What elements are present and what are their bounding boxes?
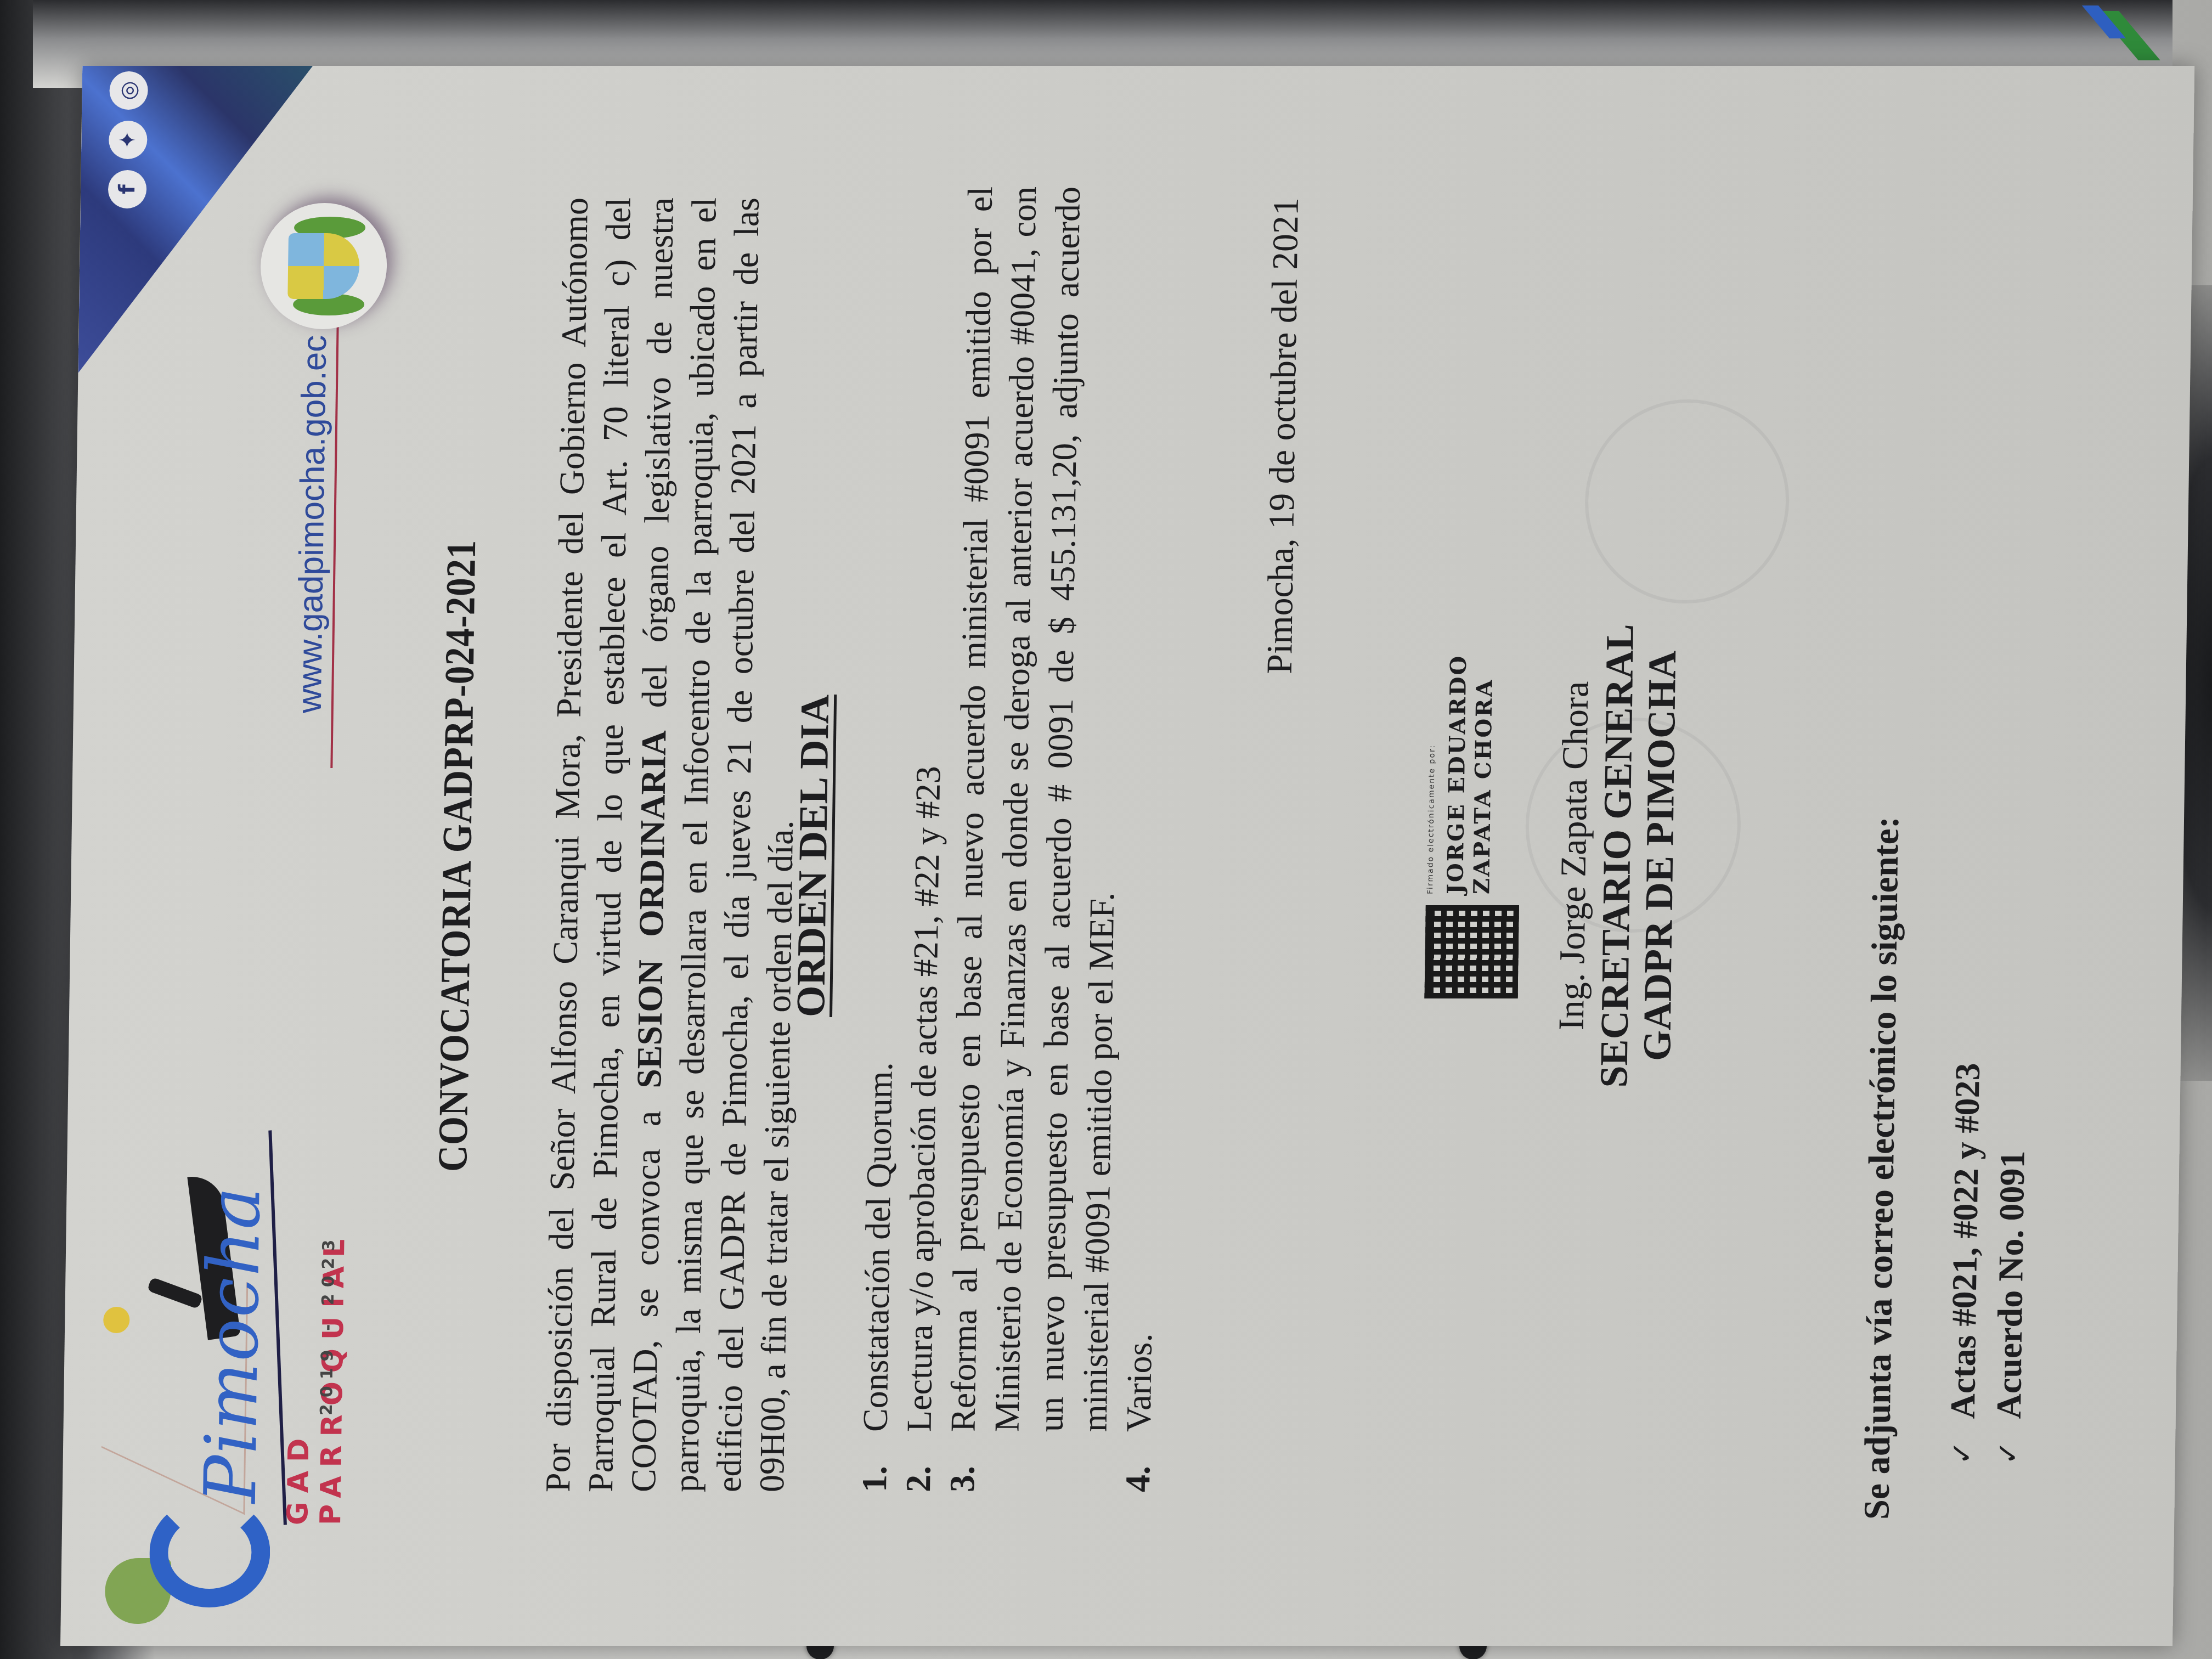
session-type: SESION ORDINARIA [629, 730, 673, 1088]
dateline: Pimocha, 19 de octubre del 2021 [1259, 198, 1307, 674]
parish-coat-of-arms [260, 203, 388, 329]
logo-subtitle: GAD PARROQUIAL [281, 1130, 353, 1525]
twitter-icon: ✦ [109, 121, 148, 159]
agenda-number: 2. [896, 1466, 941, 1492]
signature-name-line: JORGE EDUARDO [1442, 654, 1472, 894]
document-page: Pimocha GAD PARROQUIAL 2019 - 2023 www.g… [60, 66, 2194, 1646]
checkmark-icon: ✓ [1939, 1441, 1986, 1465]
letterhead: Pimocha GAD PARROQUIAL 2019 - 2023 www.g… [60, 66, 379, 1646]
qr-code-icon [1424, 905, 1519, 998]
agenda-number: 1. [853, 1466, 897, 1492]
agenda-text: Varios. [1119, 1333, 1159, 1432]
attachment-text: Actas #021, #022 y #023 [1940, 1063, 1991, 1419]
attachment-item: ✓Actas #021, #022 y #023 [1939, 1063, 1991, 1465]
shield-icon [287, 233, 360, 299]
logo-years: 2019 - 2023 [317, 1233, 339, 1415]
paper-sheet: Pimocha GAD PARROQUIAL 2019 - 2023 www.g… [60, 66, 2194, 1646]
attachment-item: ✓Acuerdo No. 0091 [1985, 1063, 2037, 1465]
facebook-icon: f [108, 170, 147, 208]
agenda-text: Lectura y/o aprobación de actas #21, #22… [899, 766, 947, 1432]
signature-name-line: ZAPATA CHORA [1469, 654, 1498, 894]
agenda-item: 3.Reforma al presupuesto en base al nuev… [940, 187, 1134, 1492]
checkmark-icon: ✓ [1985, 1441, 2032, 1465]
attachments-label: Se adjunta vía correo electrónico lo sig… [1856, 816, 1908, 1520]
document-title: CONVOCATORIA GADPRP-024-2021 [424, 161, 490, 1551]
signature-name: JORGE EDUARDO ZAPATA CHORA [1442, 654, 1498, 894]
logo-swirl-icon [149, 1498, 271, 1607]
agenda-text: Constatación del Quorum. [855, 1062, 899, 1432]
attachment-text: Acuerdo No. 0091 [1986, 1151, 2036, 1419]
header-corner-banner: f ✦ ◎ [78, 66, 313, 373]
signer-block: Ing. Jorge Zapata Chora SECRETARIO GENER… [1542, 66, 1692, 1646]
attachments-list: ✓Actas #021, #022 y #023 ✓Acuerdo No. 00… [1939, 1063, 2037, 1465]
agenda-number: 3. [940, 1466, 985, 1492]
agenda-list: 1.Constatación del Quorum. 2.Lectura y/o… [853, 187, 1178, 1492]
logo-wordmark: Pimocha [189, 1186, 276, 1503]
signature-caption: Firmado electrónicamente por: [1426, 744, 1437, 894]
pimocha-logo: Pimocha GAD PARROQUIAL 2019 - 2023 [83, 1130, 331, 1624]
agenda-text: Reforma al presupuesto en base al nuevo … [943, 187, 1121, 1432]
instagram-icon: ◎ [109, 71, 148, 110]
website-url: www.gadpimocha.gob.ec [290, 335, 335, 713]
agenda-number: 4. [1116, 1466, 1160, 1492]
intro-paragraph: Por disposición del Señor Alfonso Caranq… [537, 198, 811, 1492]
